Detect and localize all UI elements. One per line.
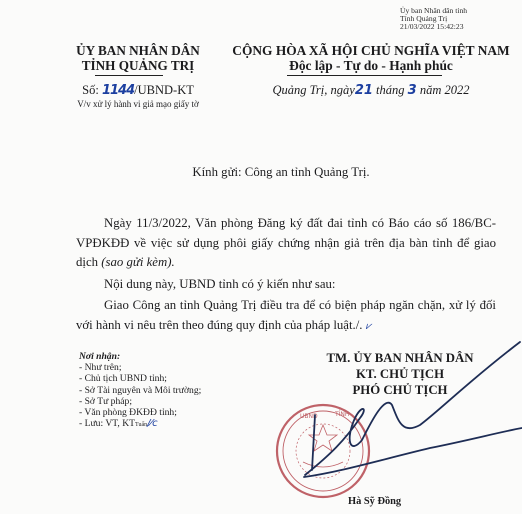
issuer-line2: TỈNH QUẢNG TRỊ [38, 58, 238, 73]
issuer-underline [95, 75, 163, 76]
svg-text:TỈNH: TỈNH [334, 410, 349, 418]
handwritten-month: 3 [408, 83, 417, 98]
recipient-item: - Chủ tịch UBND tỉnh; [79, 373, 201, 384]
official-seal-icon: UBND TỈNH [277, 405, 369, 497]
salutation: Kính gửi: Công an tỉnh Quảng Trị. [0, 165, 522, 180]
recipients-heading: Nơi nhận: [79, 351, 201, 362]
body-paragraph-2: Nội dung này, UBND tỉnh có ý kiến như sa… [76, 275, 496, 295]
signature-title: TM. ỦY BAN NHÂN DÂN KT. CHỦ TỊCH PHÓ CHỦ… [290, 350, 510, 398]
national-header: CỘNG HÒA XÃ HỘI CHỦ NGHĨA VIỆT NAM Độc l… [220, 43, 522, 73]
document-body: Ngày 11/3/2022, Văn phòng Đăng ký đất đa… [76, 214, 496, 337]
recipient-item: - Văn phòng ĐKĐĐ tỉnh; [79, 407, 201, 418]
signer-name: Hà Sỹ Đồng [348, 496, 401, 507]
document-subject: V/v xử lý hành vi giả mạo giấy tờ [38, 99, 238, 109]
handwritten-initial-icon: ⩗ [362, 321, 371, 332]
handwritten-day: 21 [355, 83, 373, 98]
place-date: Quảng Trị, ngày21 tháng 3 năm 2022 [220, 83, 522, 98]
national-motto: Độc lập - Tự do - Hạnh phúc [220, 58, 522, 73]
motto-underline [287, 75, 442, 76]
signature-line2: KT. CHỦ TỊCH [290, 366, 510, 382]
body-paragraph-3: Giao Công an tỉnh Quảng Trị điều tra để … [76, 296, 496, 336]
recipient-item-archive: - Lưu: VT, KTTuấn/⁄c [79, 418, 201, 431]
digital-signature-stamp: Ủy ban Nhân dân tỉnh Tỉnh Quảng Trị 21/0… [400, 7, 467, 31]
recipient-item: - Như trên; [79, 362, 201, 373]
recipient-item: - Sở Tư pháp; [79, 396, 201, 407]
stamp-timestamp: 21/03/2022 15:42:23 [400, 23, 467, 31]
handwritten-doc-number: 1144 [102, 83, 134, 98]
svg-text:UBND: UBND [300, 413, 318, 420]
issuer-header: ỦY BAN NHÂN DÂN TỈNH QUẢNG TRỊ [38, 43, 238, 73]
document-number: Số: 1144/UBND-KT [38, 83, 238, 98]
recipient-item: - Sở Tài nguyên và Môi trường; [79, 385, 201, 396]
national-title: CỘNG HÒA XÃ HỘI CHỦ NGHĨA VIỆT NAM [220, 43, 522, 58]
body-paragraph-1: Ngày 11/3/2022, Văn phòng Đăng ký đất đa… [76, 214, 496, 273]
handwritten-initial-icon: /⁄c [147, 418, 158, 429]
issuer-line1: ỦY BAN NHÂN DÂN [38, 43, 238, 58]
signature-line3: PHÓ CHỦ TỊCH [290, 382, 510, 398]
recipients-list: Nơi nhận: - Như trên; - Chủ tịch UBND tỉ… [79, 351, 201, 431]
signature-line1: TM. ỦY BAN NHÂN DÂN [290, 350, 510, 366]
